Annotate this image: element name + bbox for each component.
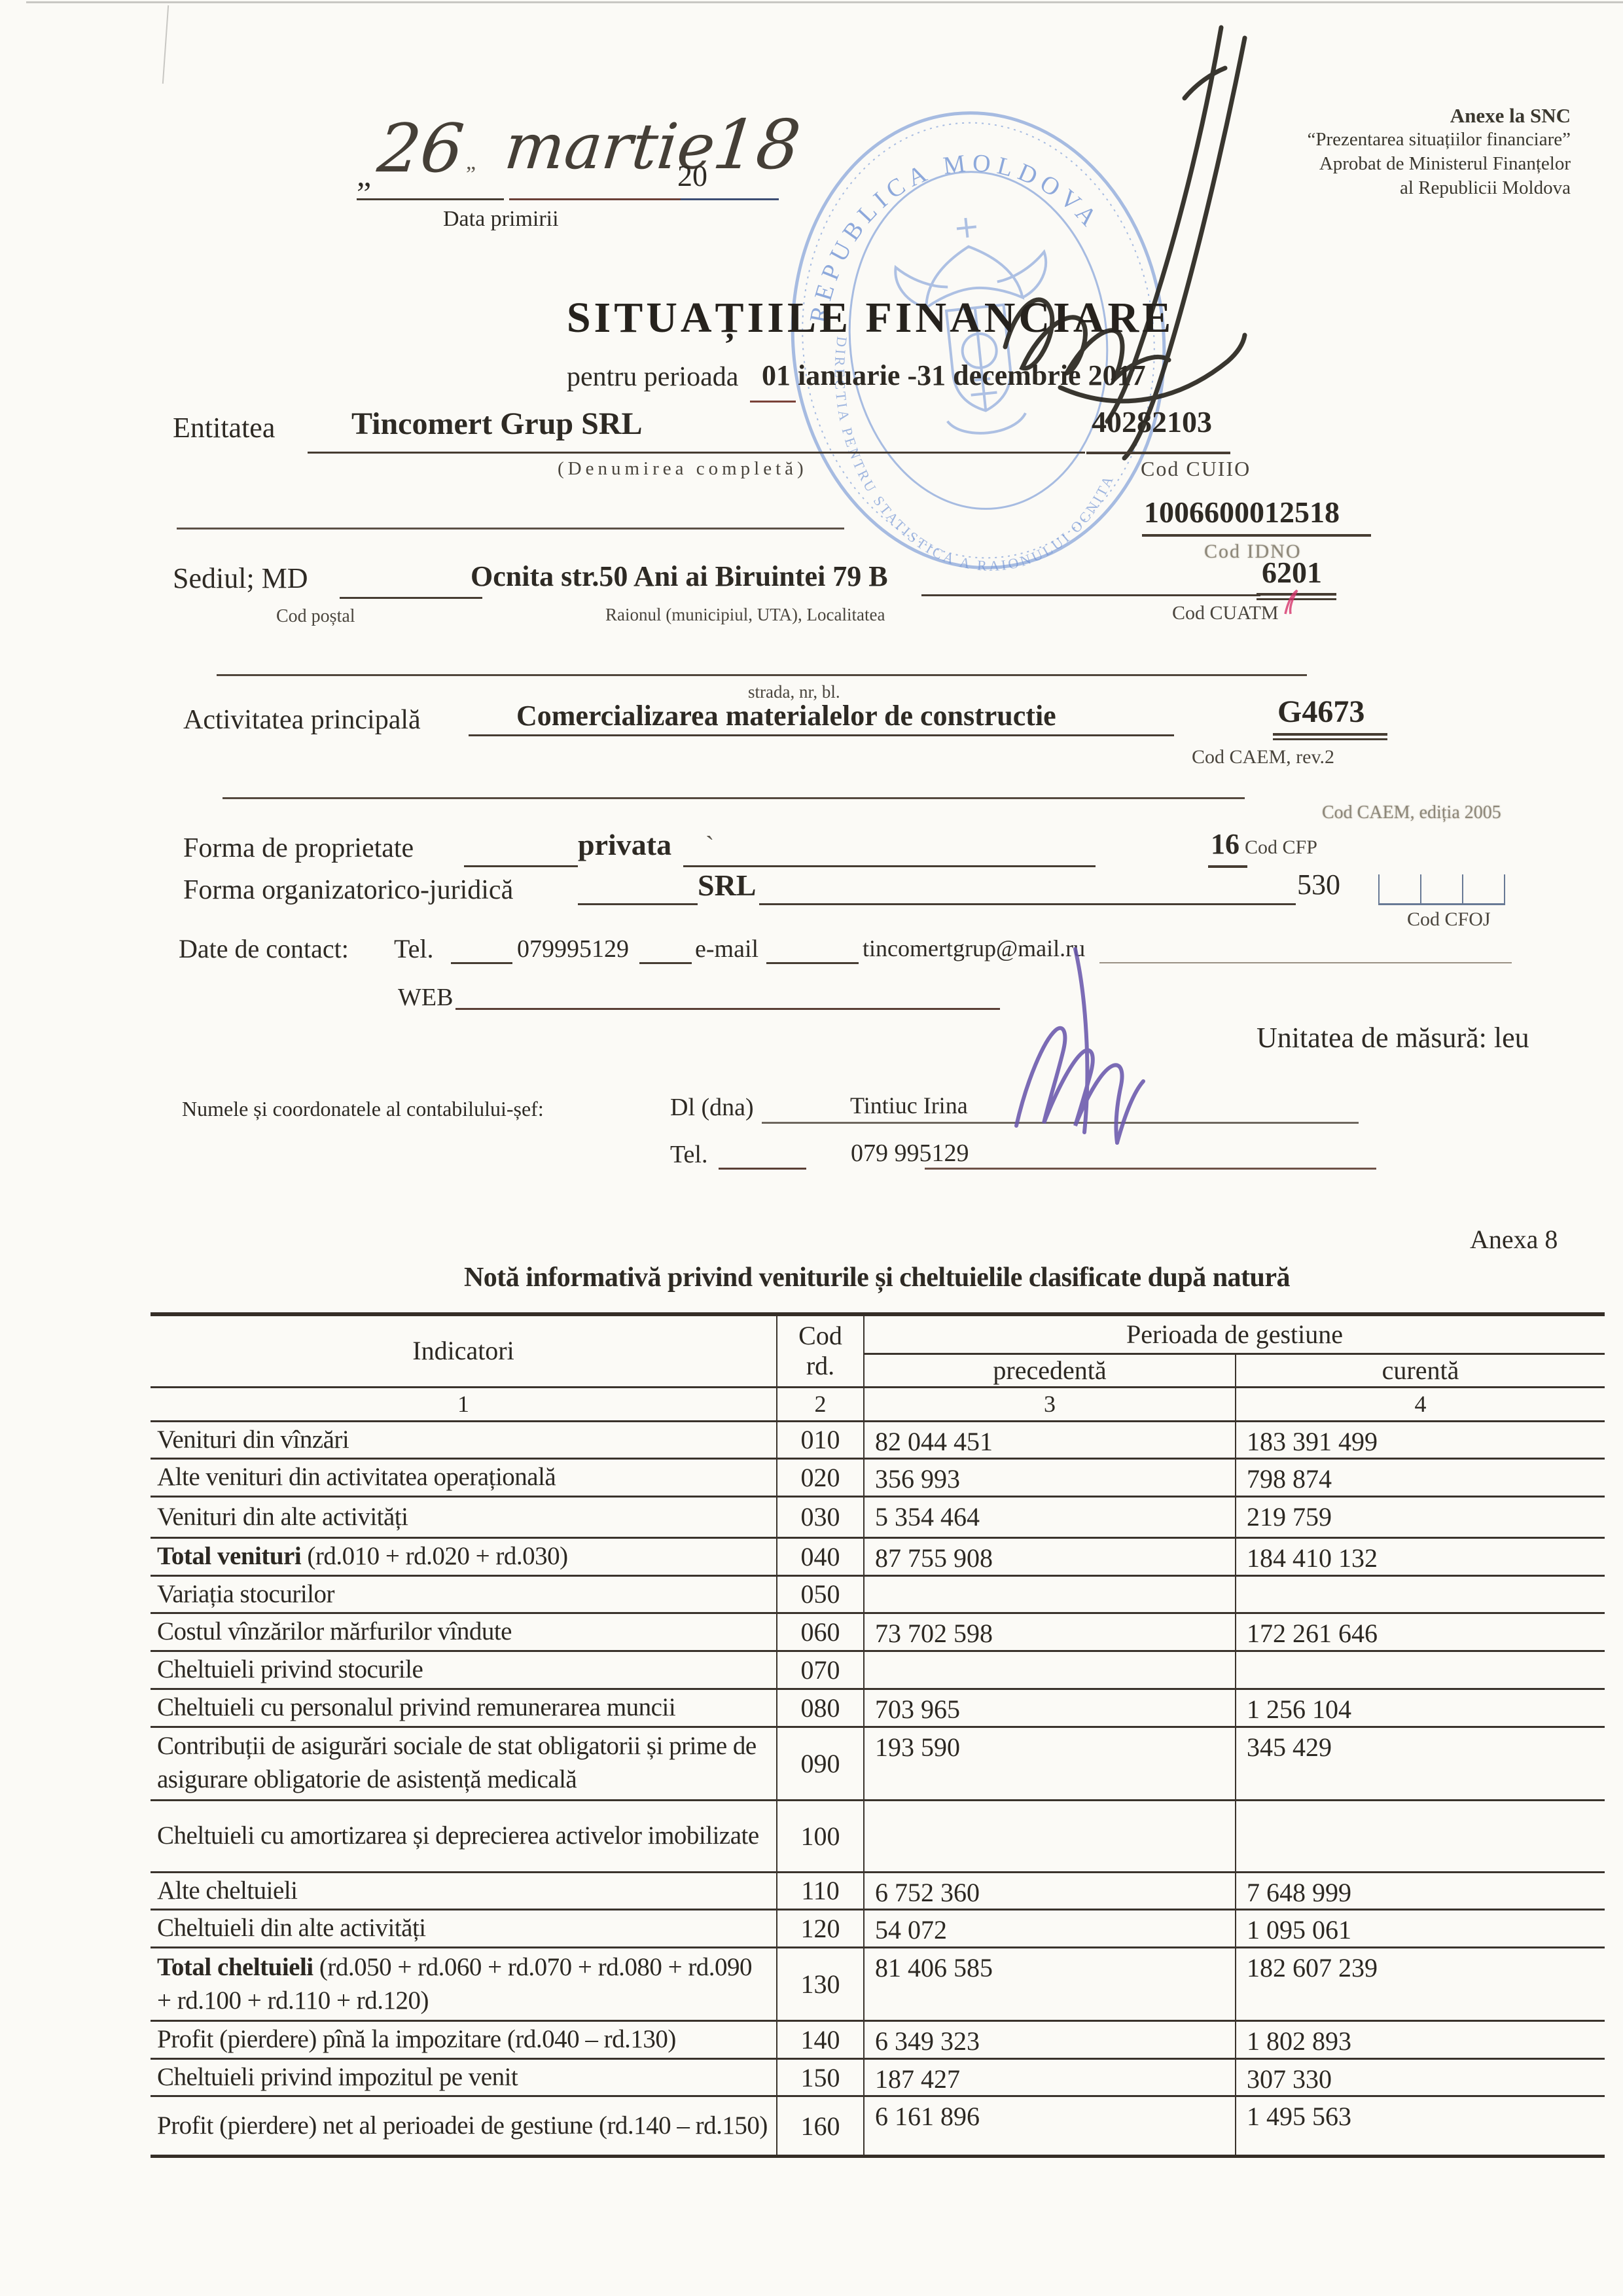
- annex-note-line4: al Republicii Moldova: [1243, 176, 1571, 200]
- red-pen-mark: [1281, 588, 1300, 617]
- table-row: Profit (pierdere) net al perioadei de ge…: [151, 2096, 1605, 2157]
- cfp-code-label: Cod CFP: [1245, 836, 1317, 859]
- contact-ul-1: [451, 962, 512, 964]
- row-previous-value: 703 965: [864, 1689, 1236, 1727]
- header-period: Perioada de gestiune: [864, 1314, 1605, 1354]
- scanned-financial-statement-page: „ 26 ” martie 20 18 Data primirii Anexe …: [0, 0, 1623, 2296]
- postal-underline: [340, 597, 482, 599]
- row-code: 060: [777, 1613, 864, 1651]
- row-code: 080: [777, 1689, 864, 1727]
- annex-note: Anexe la SNC “Prezentarea situațiilor fi…: [1243, 103, 1571, 200]
- row-previous-value: 356 993: [864, 1459, 1236, 1497]
- row-indicator: Cheltuieli din alte activități: [151, 1910, 777, 1948]
- table-row: Venituri din vînzări01082 044 451183 391…: [151, 1421, 1605, 1459]
- period-value: 01 ianuarie -31 decembrie 2017: [762, 359, 1146, 392]
- row-indicator: Total venituri (rd.010 + rd.020 + rd.030…: [151, 1537, 777, 1575]
- entity-underline: [308, 452, 1085, 454]
- caem-caption: Cod CAEM, rev.2: [1192, 746, 1334, 768]
- caem-code-value: G4673: [1277, 694, 1364, 730]
- row-code: 150: [777, 2058, 864, 2096]
- contact-label: Date de contact:: [179, 933, 349, 964]
- period-label: pentru perioada: [567, 361, 738, 393]
- row-code: 040: [777, 1537, 864, 1575]
- row-current-value: 345 429: [1236, 1727, 1605, 1800]
- row-current-value: 1 256 104: [1236, 1689, 1605, 1727]
- ownership-value: privata: [578, 827, 671, 862]
- annex-note-line3: Aprobat de Ministerul Finanțelor: [1243, 152, 1571, 176]
- header-indicators: Indicatori: [151, 1314, 777, 1387]
- annex-note-line2: “Prezentarea situațiilor financiare”: [1243, 128, 1571, 152]
- legal-form-value: SRL: [698, 868, 756, 903]
- row-code: 010: [777, 1421, 864, 1459]
- ownership-underline-a: [464, 865, 578, 867]
- table-title: Notă informativă privind veniturile și c…: [327, 1262, 1427, 1293]
- accountant-name: Tintiuc Irina: [850, 1092, 968, 1119]
- contact-email-label: e-mail: [695, 935, 758, 963]
- address-label: Sediul; MD: [173, 562, 308, 595]
- caem-underline-2: [1273, 738, 1387, 740]
- annex-note-line1: Anexe la SNC: [1243, 103, 1571, 128]
- entity-cuiio-value: 40282103: [1092, 404, 1212, 439]
- activity-value: Comercializarea materialelor de construc…: [516, 699, 1056, 732]
- row-current-value: [1236, 1800, 1605, 1872]
- row-previous-value: 5 354 464: [864, 1496, 1236, 1537]
- accountant-tel-label: Tel.: [670, 1140, 707, 1169]
- cuatm-caption: Cod CUATM: [1172, 602, 1279, 624]
- row-code: 030: [777, 1496, 864, 1537]
- accountant-dl-label: Dl (dna): [670, 1093, 754, 1122]
- table-row: Alte venituri din activitatea operaționa…: [151, 1459, 1605, 1497]
- row-previous-value: 6 161 896: [864, 2096, 1236, 2157]
- cfp-code-value: 16: [1211, 827, 1240, 861]
- row-indicator: Alte cheltuieli: [151, 1872, 777, 1910]
- row-previous-value: 73 702 598: [864, 1613, 1236, 1651]
- annex8-label: Anexa 8: [1470, 1224, 1558, 1255]
- table-row: Contribuții de asigurări sociale de stat…: [151, 1727, 1605, 1800]
- activity-second-line: [223, 797, 1245, 799]
- col-number-3: 3: [864, 1387, 1236, 1421]
- row-code: 120: [777, 1910, 864, 1948]
- row-code: 140: [777, 2021, 864, 2059]
- table-row: Alte cheltuieli1106 752 3607 648 999: [151, 1872, 1605, 1910]
- cfoj-code-label: Cod CFOJ: [1407, 908, 1491, 931]
- row-indicator: Cheltuieli privind impozitul pe venit: [151, 2058, 777, 2096]
- table-row: Variația stocurilor050: [151, 1575, 1605, 1613]
- cfp-underline: [1208, 865, 1247, 868]
- date-open-quote: „: [357, 156, 371, 194]
- activity-underline: [469, 734, 1174, 736]
- table-row: Cheltuieli privind stocurile070: [151, 1651, 1605, 1689]
- row-current-value: 307 330: [1236, 2058, 1605, 2096]
- accountant-tel-value: 079 995129: [851, 1139, 969, 1168]
- data-primirii-label: Data primirii: [443, 207, 559, 232]
- row-current-value: 1 095 061: [1236, 1910, 1605, 1948]
- table-row: Total venituri (rd.010 + rd.020 + rd.030…: [151, 1537, 1605, 1575]
- ownership-underline-b: [683, 865, 1096, 867]
- col-number-2: 2: [777, 1387, 864, 1421]
- row-indicator: Alte venituri din activitatea operaționa…: [151, 1459, 777, 1497]
- entity-caption: (Denumirea completă): [558, 458, 808, 480]
- address-value: Ocnita str.50 Ani ai Biruintei 79 B: [471, 560, 888, 593]
- idno-underline: [1142, 534, 1371, 537]
- table-row: Venituri din alte activități0305 354 464…: [151, 1496, 1605, 1537]
- row-indicator: Variația stocurilor: [151, 1575, 777, 1613]
- row-current-value: 182 607 239: [1236, 1948, 1605, 2021]
- legal-underline-b: [759, 903, 1296, 905]
- caem2005-caption: Cod CAEM, ediția 2005: [1322, 802, 1501, 823]
- row-indicator: Cheltuieli privind stocurile: [151, 1651, 777, 1689]
- row-previous-value: 6 752 360: [864, 1872, 1236, 1910]
- row-code: 020: [777, 1459, 864, 1497]
- row-current-value: 7 648 999: [1236, 1872, 1605, 1910]
- entity-second-line: [177, 528, 844, 529]
- row-code: 070: [777, 1651, 864, 1689]
- row-previous-value: 193 590: [864, 1727, 1236, 1800]
- stray-pen-tick: `: [705, 830, 714, 861]
- contact-ul-3: [766, 962, 859, 964]
- web-underline: [455, 1008, 1000, 1010]
- row-current-value: [1236, 1651, 1605, 1689]
- cfoj-comb-box: [1378, 874, 1505, 905]
- row-current-value: 219 759: [1236, 1496, 1605, 1537]
- row-previous-value: 187 427: [864, 2058, 1236, 2096]
- row-indicator: Cheltuieli cu personalul privind remuner…: [151, 1689, 777, 1727]
- row-indicator: Venituri din alte activități: [151, 1496, 777, 1537]
- header-code: Cod rd.: [777, 1314, 864, 1387]
- header-previous: precedentă: [864, 1354, 1236, 1387]
- row-previous-value: [864, 1800, 1236, 1872]
- caem-underline-1: [1273, 733, 1387, 736]
- row-previous-value: 87 755 908: [864, 1537, 1236, 1575]
- cfoj-code-value: 530: [1297, 868, 1340, 901]
- table-row: Cheltuieli cu amortizarea și deprecierea…: [151, 1800, 1605, 1872]
- activity-label: Activitatea principală: [183, 704, 421, 736]
- header-current: curentă: [1236, 1354, 1605, 1387]
- col-number-4: 4: [1236, 1387, 1605, 1421]
- cuiio-underline: [1086, 452, 1230, 454]
- row-indicator: Profit (pierdere) net al perioadei de ge…: [151, 2096, 777, 2157]
- row-current-value: 183 391 499: [1236, 1421, 1605, 1459]
- accountant-tel-ul-2: [925, 1168, 1376, 1170]
- entity-label: Entitatea: [173, 411, 275, 444]
- contact-tel-value: 079995129: [517, 935, 629, 963]
- row-current-value: [1236, 1575, 1605, 1613]
- row-code: 050: [777, 1575, 864, 1613]
- unit-note: Unitatea de măsură: leu: [1257, 1021, 1529, 1054]
- row-current-value: 172 261 646: [1236, 1613, 1605, 1651]
- table-row: Profit (pierdere) pînă la impozitare (rd…: [151, 2021, 1605, 2059]
- received-day-handwritten: 26: [374, 110, 467, 188]
- row-indicator: Cheltuieli cu amortizarea și deprecierea…: [151, 1800, 777, 1872]
- row-previous-value: 54 072: [864, 1910, 1236, 1948]
- row-indicator: Contribuții de asigurări sociale de stat…: [151, 1727, 777, 1800]
- cuiio-code-label: Cod CUIIO: [1141, 457, 1251, 481]
- table-row: Total cheltuieli (rd.050 + rd.060 + rd.0…: [151, 1948, 1605, 2021]
- col-number-1: 1: [151, 1387, 777, 1421]
- year-prefix-printed: 20: [677, 158, 707, 193]
- row-previous-value: [864, 1651, 1236, 1689]
- row-current-value: 184 410 132: [1236, 1537, 1605, 1575]
- address-underline: [921, 594, 1260, 596]
- row-code: 100: [777, 1800, 864, 1872]
- row-previous-value: 6 349 323: [864, 2021, 1236, 2059]
- ownership-label: Forma de proprietate: [183, 833, 414, 864]
- web-label: WEB: [398, 983, 453, 1012]
- scan-scratch-artifact: [162, 5, 169, 84]
- row-indicator: Profit (pierdere) pînă la impozitare (rd…: [151, 2021, 777, 2059]
- row-previous-value: 82 044 451: [864, 1421, 1236, 1459]
- accountant-tel-ul-1: [719, 1168, 806, 1170]
- row-code: 130: [777, 1948, 864, 2021]
- income-expense-table: Indicatori Cod rd. Perioada de gestiune …: [151, 1312, 1605, 2158]
- row-code: 110: [777, 1872, 864, 1910]
- date-day-underline: [357, 198, 504, 200]
- row-indicator: Costul vînzărilor mărfurilor vîndute: [151, 1613, 777, 1651]
- accountant-label: Numele și coordonatele al contabilului-ș…: [182, 1097, 544, 1121]
- table-row: Costul vînzărilor mărfurilor vîndute0607…: [151, 1613, 1605, 1651]
- row-current-value: 1 802 893: [1236, 2021, 1605, 2059]
- contact-ul-2: [639, 962, 692, 964]
- entity-value: Tincomert Grup SRL: [351, 406, 642, 442]
- table-row: Cheltuieli cu personalul privind remuner…: [151, 1689, 1605, 1727]
- postal-caption: Cod poștal: [276, 606, 355, 627]
- legal-underline-a: [578, 903, 698, 905]
- row-code: 090: [777, 1727, 864, 1800]
- street-line: [217, 674, 1307, 676]
- legal-form-label: Forma organizatorico-juridică: [183, 874, 513, 906]
- row-indicator: Total cheltuieli (rd.050 + rd.060 + rd.0…: [151, 1948, 777, 2021]
- row-code: 160: [777, 2096, 864, 2157]
- row-previous-value: [864, 1575, 1236, 1613]
- table-row: Cheltuieli privind impozitul pe venit150…: [151, 2058, 1605, 2096]
- row-current-value: 798 874: [1236, 1459, 1605, 1497]
- row-indicator: Venituri din vînzări: [151, 1421, 777, 1459]
- table-wrapper: Indicatori Cod rd. Perioada de gestiune …: [151, 1312, 1605, 2158]
- page-title: SITUAȚIILE FINANCIARE: [412, 293, 1329, 343]
- date-close-quote: ”: [466, 162, 476, 187]
- contact-tel-label: Tel.: [394, 933, 434, 964]
- row-current-value: 1 495 563: [1236, 2096, 1605, 2157]
- period-underline: [750, 401, 796, 403]
- table-row: Cheltuieli din alte activități12054 0721…: [151, 1910, 1605, 1948]
- table-body: Venituri din vînzări01082 044 451183 391…: [151, 1421, 1605, 2157]
- row-previous-value: 81 406 585: [864, 1948, 1236, 2021]
- accountant-signature: [998, 936, 1162, 1152]
- raion-caption: Raionul (municipiul, UTA), Localitatea: [605, 605, 885, 625]
- idno-value: 1006600012518: [1144, 495, 1340, 529]
- cuatm-value: 6201: [1262, 555, 1322, 590]
- scan-edge-artifact: [26, 1, 1623, 3]
